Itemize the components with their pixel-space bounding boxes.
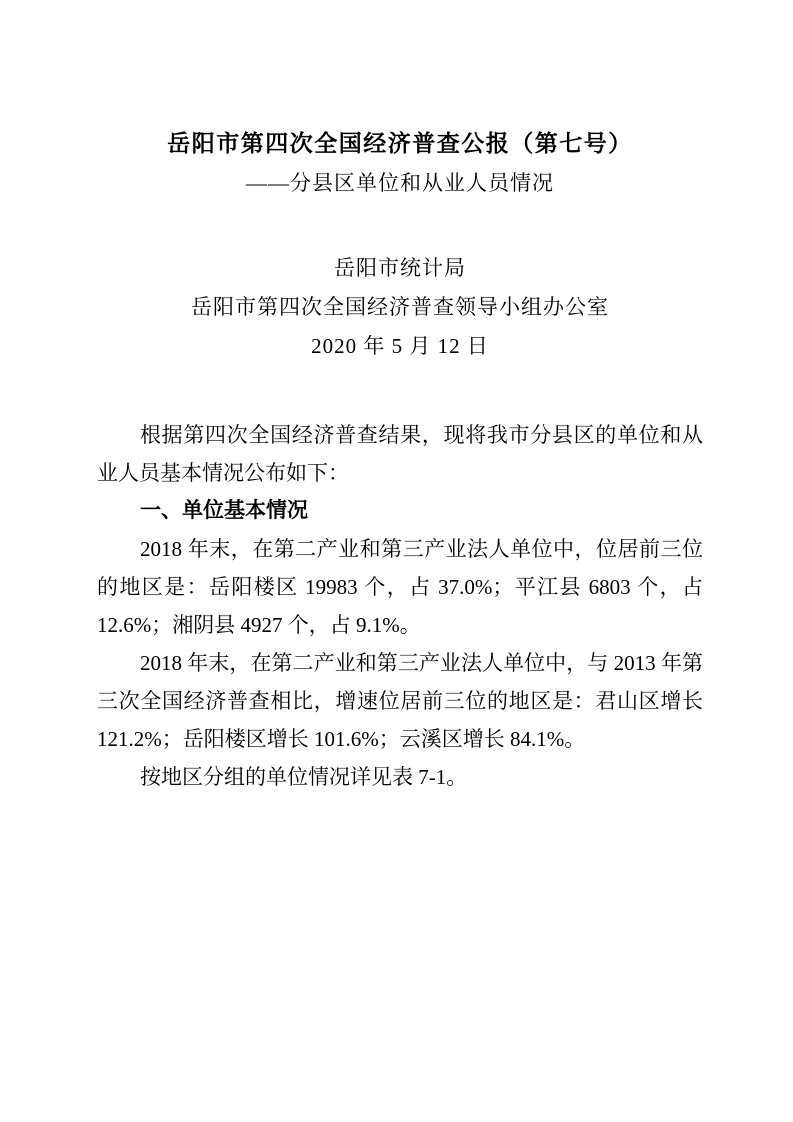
- publish-date: 2020 年 5 月 12 日: [97, 327, 703, 366]
- paragraph-table-reference: 按地区分组的单位情况详见表 7-1。: [97, 758, 703, 796]
- document-subtitle: ——分县区单位和从业人员情况: [97, 167, 703, 199]
- document-body: 根据第四次全国经济普查结果，现将我市分县区的单位和从业人员基本情况公布如下： 一…: [97, 416, 703, 796]
- section-heading-unit-basic-situation: 一、单位基本情况: [97, 492, 703, 530]
- paragraph-growth-top3: 2018 年末，在第二产业和第三产业法人单位中，与 2013 年第三次全国经济普…: [97, 644, 703, 758]
- document-content: 岳阳市第四次全国经济普查公报（第七号） ——分县区单位和从业人员情况 岳阳市统计…: [97, 0, 703, 796]
- issuer-line-statistics-bureau: 岳阳市统计局: [97, 249, 703, 288]
- issuer-line-census-leading-group: 岳阳市第四次全国经济普查领导小组办公室: [97, 288, 703, 327]
- issuer-block: 岳阳市统计局 岳阳市第四次全国经济普查领导小组办公室 2020 年 5 月 12…: [97, 249, 703, 366]
- paragraph-units-top3: 2018 年末，在第二产业和第三产业法人单位中，位居前三位的地区是：岳阳楼区 1…: [97, 530, 703, 644]
- document-page: 岳阳市第四次全国经济普查公报（第七号） ——分县区单位和从业人员情况 岳阳市统计…: [0, 0, 793, 1122]
- document-title: 岳阳市第四次全国经济普查公报（第七号）: [97, 128, 703, 160]
- paragraph-intro: 根据第四次全国经济普查结果，现将我市分县区的单位和从业人员基本情况公布如下：: [97, 416, 703, 492]
